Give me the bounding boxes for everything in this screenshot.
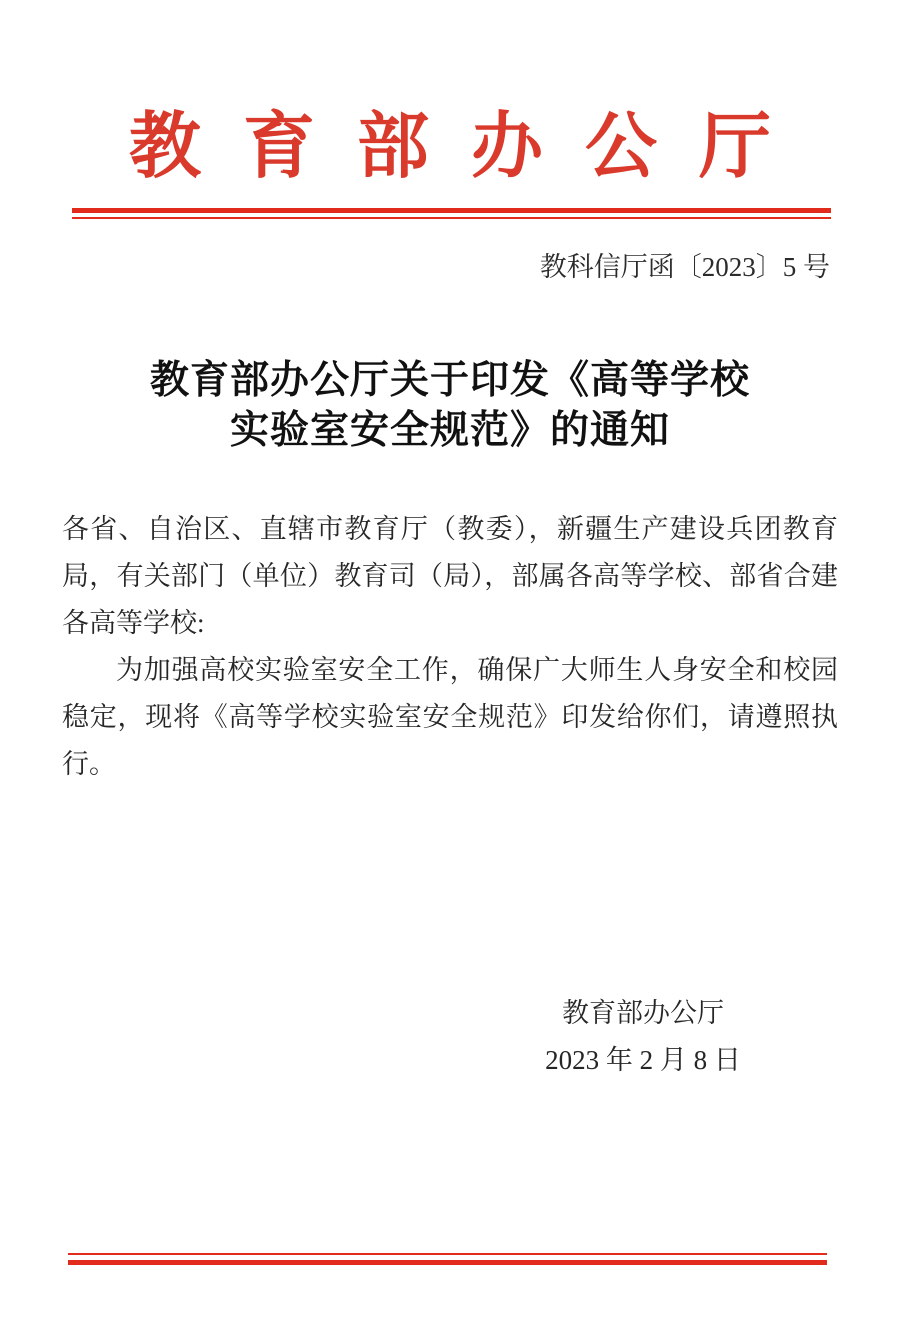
letterhead-title: 教育部办公厅 <box>0 110 900 184</box>
official-document-page: 教育部办公厅 教科信厅函〔2023〕5 号 教育部办公厅关于印发《高等学校 实验… <box>0 110 900 1084</box>
notice-body: 各省、自治区、直辖市教育厅（教委），新疆生产建设兵团教育局，有关部门（单位）教育… <box>0 506 900 788</box>
letterhead-title-text: 教育部办公厅 <box>129 107 813 187</box>
header-rule-thin-line <box>72 217 831 219</box>
signature-block: 教育部办公厅 2023 年 2 月 8 日 <box>448 990 838 1084</box>
issuing-authority: 教育部办公厅 <box>448 990 838 1037</box>
document-reference-number: 教科信厅函〔2023〕5 号 <box>0 247 900 287</box>
issue-date: 2023 年 2 月 8 日 <box>448 1037 838 1084</box>
header-rule-thick-line <box>72 208 831 213</box>
notice-title: 教育部办公厅关于印发《高等学校 实验室安全规范》的通知 <box>0 356 900 456</box>
salutation-paragraph: 各省、自治区、直辖市教育厅（教委），新疆生产建设兵团教育局，有关部门（单位）教育… <box>62 506 838 647</box>
main-paragraph: 为加强高校实验室安全工作，确保广大师生人身安全和校园稳定，现将《高等学校实验室安… <box>62 647 838 788</box>
header-double-rule <box>72 208 831 219</box>
footer-rule-thin-line <box>68 1253 827 1255</box>
footer-double-rule <box>68 1253 827 1265</box>
notice-title-line-2: 实验室安全规范》的通知 <box>0 406 900 456</box>
footer-rule-thick-line <box>68 1260 827 1265</box>
notice-title-line-1: 教育部办公厅关于印发《高等学校 <box>0 356 900 406</box>
